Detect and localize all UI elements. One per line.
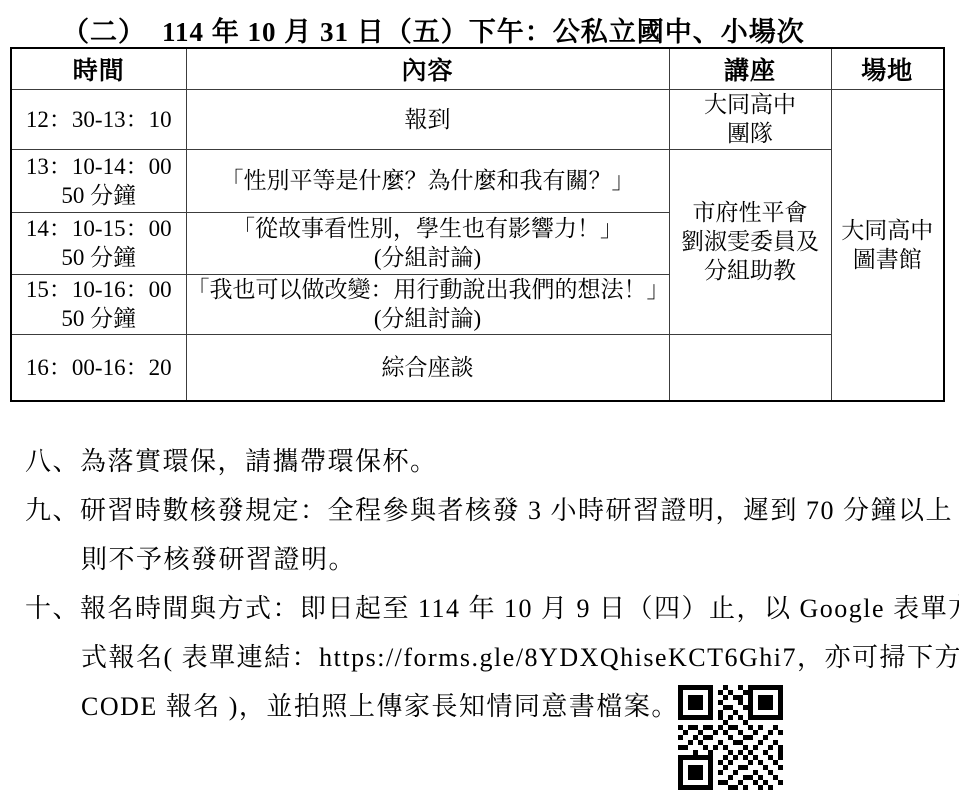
table-row: 12：30-13：10 報到 大同高中 團隊 大同高中 圖書館 — [11, 89, 944, 149]
note-line: 八、為落實環保，請攜帶環保杯。 — [25, 437, 945, 486]
note-line: 十、報名時間與方式：即日起至 114 年 10 月 9 日（四）止，以 Goog… — [25, 584, 945, 633]
note-item-10: 十、報名時間與方式：即日起至 114 年 10 月 9 日（四）止，以 Goog… — [25, 584, 945, 731]
header-content: 內容 — [186, 48, 669, 89]
time-cell: 15：10-16：00 50 分鐘 — [11, 274, 186, 334]
lecturer-cell-merged: 市府性平會 劉淑雯委員及 分組助教 — [669, 149, 831, 334]
lecturer-line: 大同高中 — [670, 90, 831, 119]
content-cell: 綜合座談 — [186, 334, 669, 401]
content-cell: 「性別平等是什麼？為什麼和我有關？」 — [186, 149, 669, 212]
schedule-table: 時間 內容 講座 場地 12：30-13：10 報到 大同高中 團隊 大同高中 … — [10, 47, 945, 402]
header-venue: 場地 — [831, 48, 944, 89]
content-cell: 「我也可以做改變：用行動說出我們的想法！」 (分組討論) — [186, 274, 669, 334]
note-item-9: 九、研習時數核發規定：全程參與者核發 3 小時研習證明，遲到 70 分鐘以上 則… — [25, 486, 945, 584]
lecturer-line: 分組助教 — [670, 256, 831, 285]
header-lecturer: 講座 — [669, 48, 831, 89]
note-line: 九、研習時數核發規定：全程參與者核發 3 小時研習證明，遲到 70 分鐘以上 — [25, 486, 945, 535]
section-title: 114 年 10 月 31 日（五）下午：公私立國中、小場次 — [162, 10, 805, 49]
table-header-row: 時間 內容 講座 場地 — [11, 48, 944, 89]
annotation: (分組討論) — [187, 243, 669, 272]
duration: 50 分鐘 — [12, 243, 186, 272]
lecturer-line: 市府性平會 — [670, 198, 831, 227]
venue-line: 圖書館 — [832, 245, 944, 274]
section-heading: （二） 114 年 10 月 31 日（五）下午：公私立國中、小場次 — [62, 10, 805, 49]
header-time: 時間 — [11, 48, 186, 89]
note-line: 式報名( 表單連結：https://forms.gle/8YDXQhiseKCT… — [81, 633, 945, 682]
time-cell: 14：10-15：00 50 分鐘 — [11, 212, 186, 274]
annotation: (分組討論) — [187, 304, 669, 333]
lecturer-line: 團隊 — [670, 119, 831, 148]
venue-line: 大同高中 — [832, 216, 944, 245]
time-cell: 12：30-13：10 — [11, 89, 186, 149]
content-line: 「我也可以做改變：用行動說出我們的想法！」 — [187, 275, 669, 304]
note-item-8: 八、為落實環保，請攜帶環保杯。 — [25, 437, 945, 486]
duration: 50 分鐘 — [12, 181, 186, 210]
note-line: CODE 報名 )，並拍照上傳家長知情同意書檔案。 — [81, 682, 945, 731]
venue-cell: 大同高中 圖書館 — [831, 89, 944, 401]
section-index: （二） — [62, 10, 146, 49]
content-cell: 報到 — [186, 89, 669, 149]
note-line: 則不予核發研習證明。 — [81, 535, 945, 584]
time-range: 15：10-16：00 — [12, 275, 186, 304]
duration: 50 分鐘 — [12, 304, 186, 333]
content-cell: 「從故事看性別，學生也有影響力！」 (分組討論) — [186, 212, 669, 274]
time-cell: 16：00-16：20 — [11, 334, 186, 401]
time-range: 14：10-15：00 — [12, 214, 186, 243]
qr-code — [678, 685, 783, 790]
lecturer-cell: 大同高中 團隊 — [669, 89, 831, 149]
table-row: 13：10-14：00 50 分鐘 「性別平等是什麼？為什麼和我有關？」 市府性… — [11, 149, 944, 212]
notes-section: 八、為落實環保，請攜帶環保杯。 九、研習時數核發規定：全程參與者核發 3 小時研… — [25, 437, 945, 731]
lecturer-cell-empty — [669, 334, 831, 401]
document-page: （二） 114 年 10 月 31 日（五）下午：公私立國中、小場次 時間 內容… — [0, 0, 959, 795]
table-row: 16：00-16：20 綜合座談 — [11, 334, 944, 401]
qr-code-image — [678, 685, 783, 790]
lecturer-line: 劉淑雯委員及 — [670, 227, 831, 256]
content-line: 「從故事看性別，學生也有影響力！」 — [187, 214, 669, 243]
time-range: 13：10-14：00 — [12, 152, 186, 181]
time-cell: 13：10-14：00 50 分鐘 — [11, 149, 186, 212]
